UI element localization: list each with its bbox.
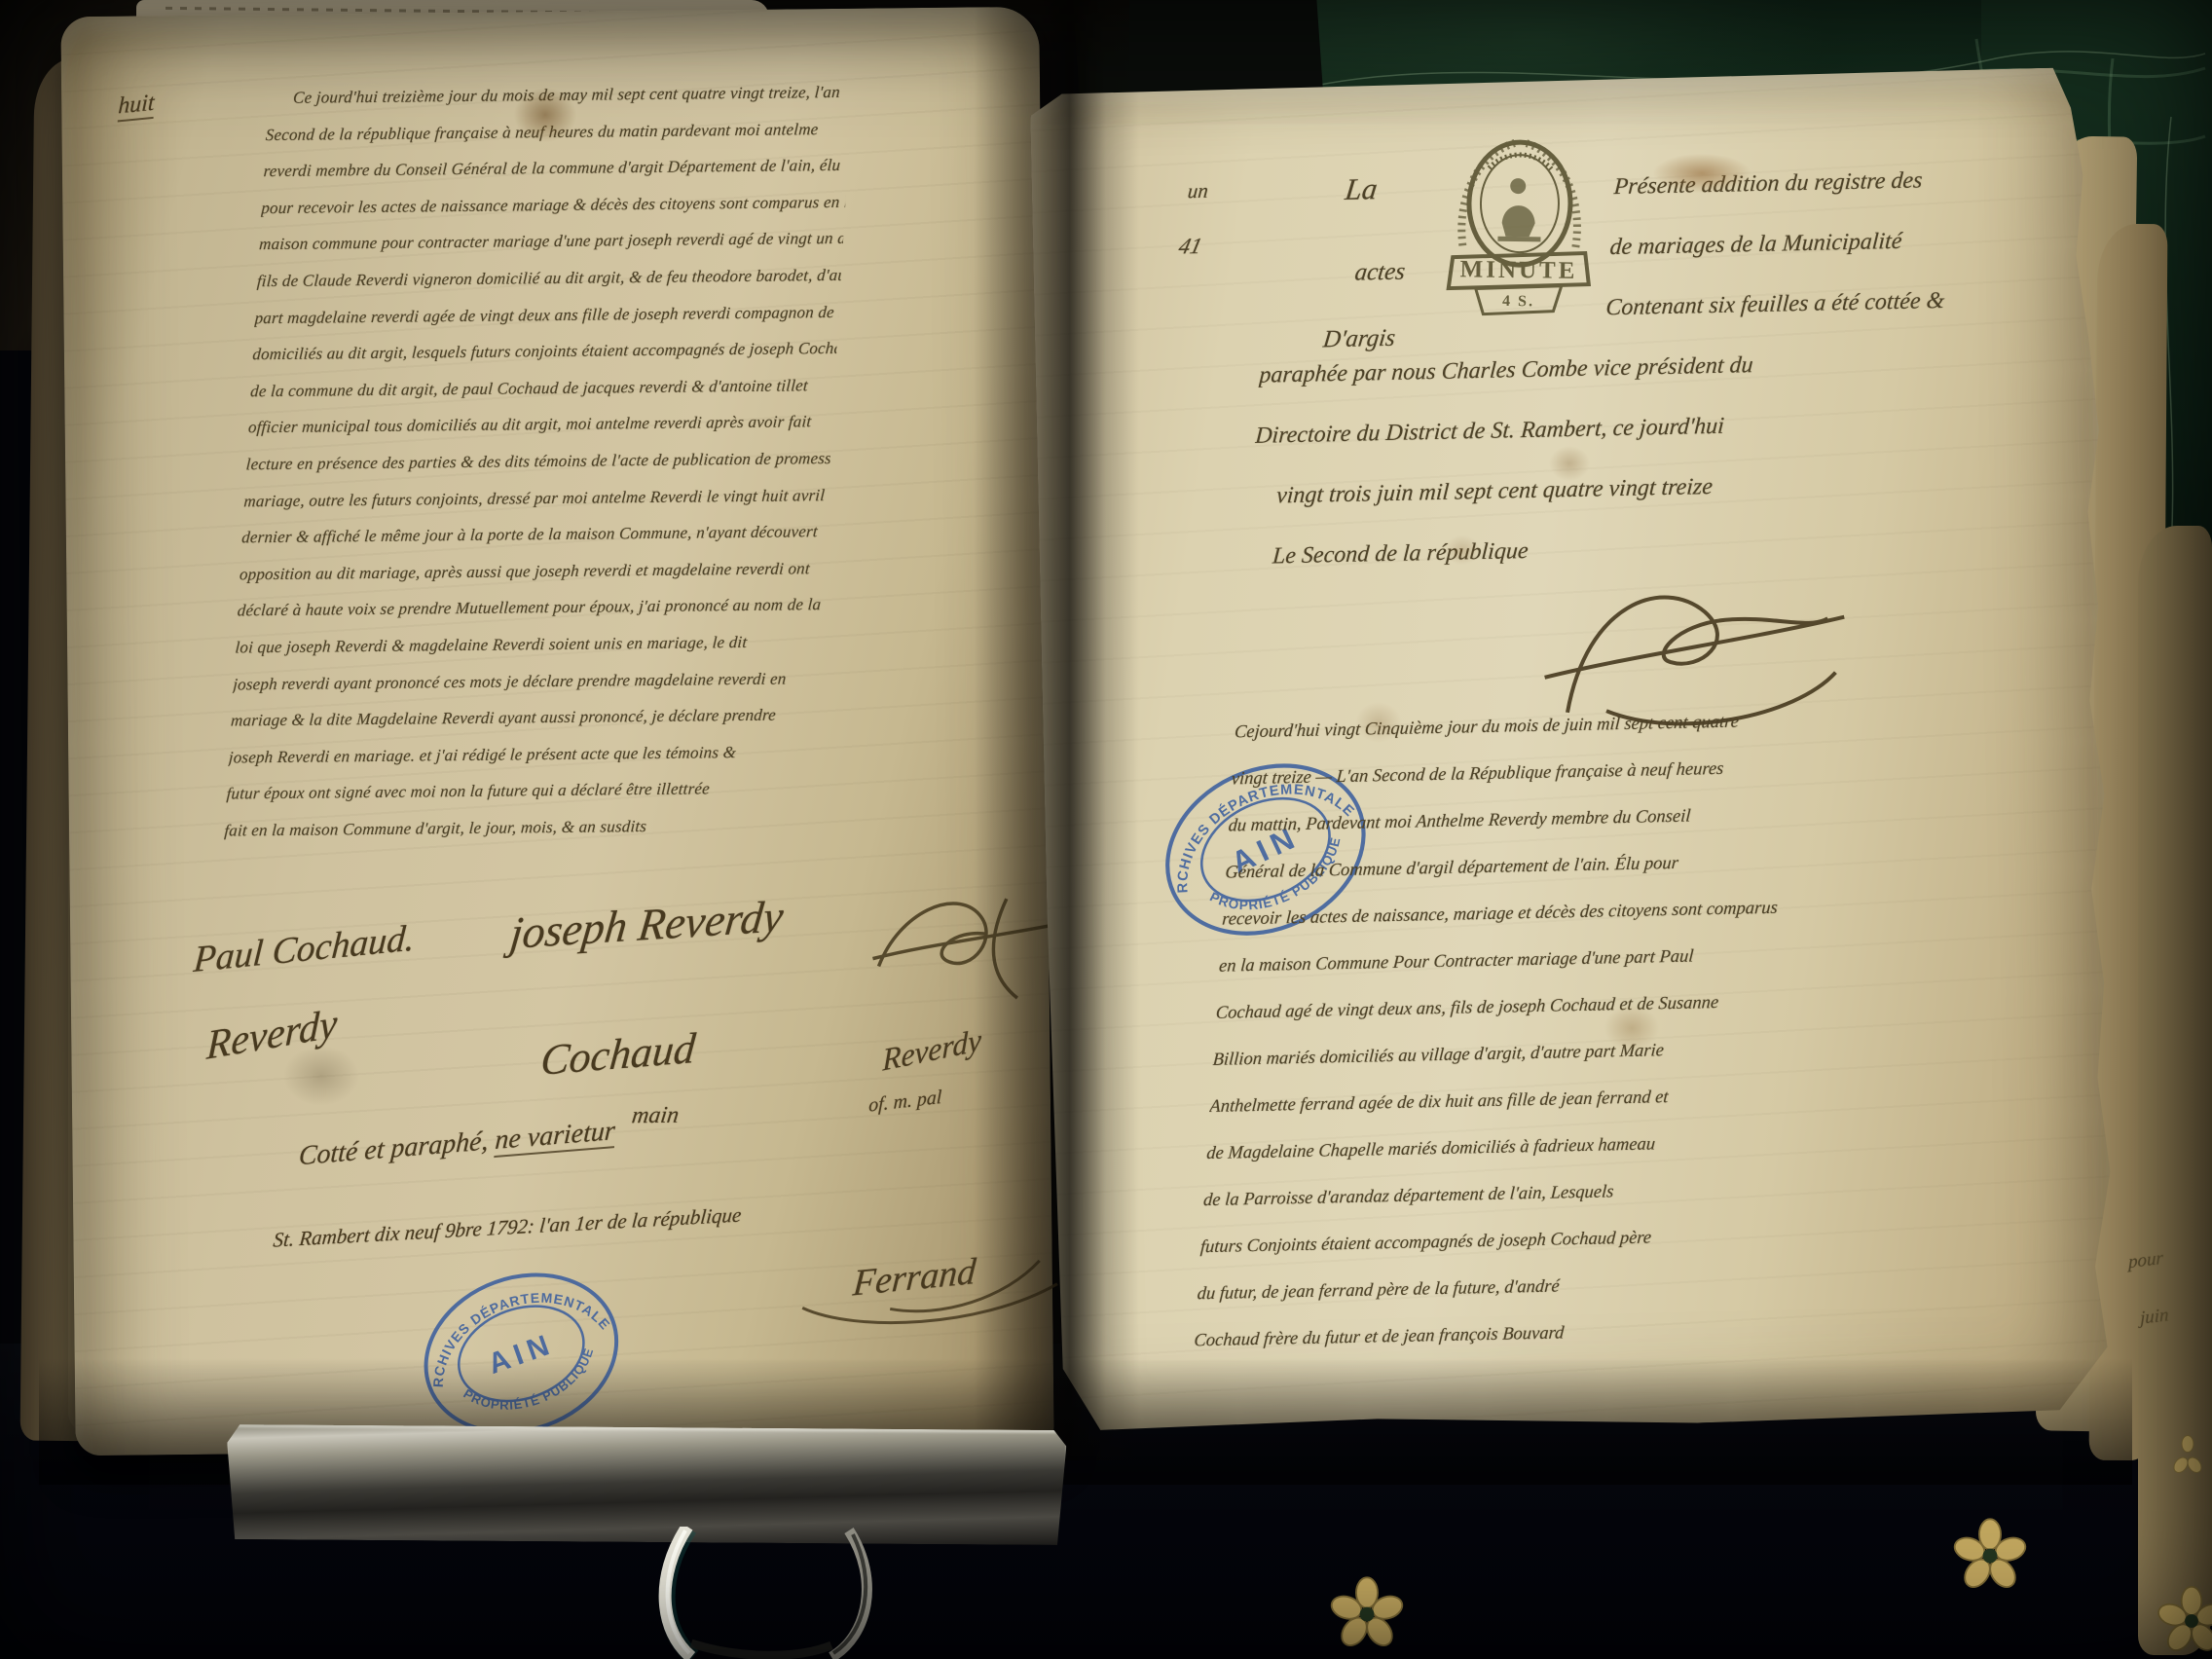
manuscript-line: domiciliés au dit argit, lesquels futurs… xyxy=(251,339,837,382)
manuscript-line: futur époux ont signé avec moi non la fu… xyxy=(225,779,811,822)
manuscript-line: opposition au dit mariage, après aussi q… xyxy=(238,559,824,602)
minute-fiscal-stamp: MINUTE 4 S. xyxy=(1444,129,1595,321)
left-page: huit Ce jourd'hui treizième jour du mois… xyxy=(60,7,1053,1456)
manuscript-line: maison commune pour contracter mariage d… xyxy=(258,229,844,272)
signature-paul-cochaud: Paul Cochaud. xyxy=(192,916,416,981)
gold-flower xyxy=(2150,1579,2212,1659)
certification-ne-varietur: ne varietur xyxy=(494,1116,615,1158)
right-page-act-text: Cejourd'hui vingt Cinquième jour du mois… xyxy=(1192,704,2117,1378)
gutter-shadow xyxy=(974,0,1139,1460)
right-page: un 41 La actes D'argis Présente addition… xyxy=(1030,67,2124,1437)
right-page-stack-edge xyxy=(2138,526,2212,1655)
manuscript-line: déclaré à haute voix se prendre Mutuelle… xyxy=(236,595,822,638)
manuscript-line: lecture en présence des parties & des di… xyxy=(244,449,830,492)
manuscript-line: pour recevoir les actes de naissance mar… xyxy=(260,193,846,236)
manuscript-line: reverdi membre du Conseil Général de la … xyxy=(262,156,848,199)
edge-word-pour: pour xyxy=(2128,1248,2163,1273)
manuscript-line: Présente addition du registre des xyxy=(1610,164,2128,235)
signature-joseph-reverdy: joseph Reverdy xyxy=(507,890,786,959)
edge-word-juin: juin xyxy=(2140,1305,2169,1330)
certification-date: St. Rambert dix neuf 9bre 1792: l'an 1er… xyxy=(273,1202,743,1252)
entry-number: huit xyxy=(118,91,155,123)
gold-flower xyxy=(1322,1569,1412,1659)
signature-cochaud: Cochaud xyxy=(538,1023,697,1086)
manuscript-line: joseph Reverdi en mariage. et j'ai rédig… xyxy=(227,742,813,785)
left-page-act-text: Ce jourd'hui treizième jour du mois de m… xyxy=(223,83,853,858)
manuscript-line: officier municipal tous domiciliés au di… xyxy=(246,412,832,455)
minute-value: 4 S. xyxy=(1502,293,1534,310)
manuscript-line: Ce jourd'hui treizième jour du mois de m… xyxy=(266,83,852,126)
manuscript-line: part magdelaine reverdi agée de vingt de… xyxy=(253,303,839,346)
margin-note-un: un xyxy=(1187,179,1209,203)
signature-reverdy-officier: Reverdy xyxy=(882,1021,981,1079)
manuscript-line: mariage, outre les futurs conjoints, dre… xyxy=(242,486,829,529)
signature-reverdy-officier-title: of. m. pal xyxy=(868,1087,942,1118)
signature-reverdy: Reverdy xyxy=(205,1000,338,1070)
manuscript-line: de la commune du dit argit, de paul Coch… xyxy=(249,376,835,419)
margin-note-41: 41 xyxy=(1176,234,1204,260)
gold-flower xyxy=(1945,1511,2035,1601)
manuscript-line: fils de Claude Reverdi vigneron domicili… xyxy=(255,266,841,309)
certification-text: Cotté et paraphé, xyxy=(298,1125,496,1171)
manuscript-line: mariage & la dite Magdelaine Reverdi aya… xyxy=(229,705,815,748)
manuscript-line: loi que joseph Reverdi & magdelaine Reve… xyxy=(234,632,820,675)
certification-note: Cotté et paraphé, ne varietur xyxy=(298,1116,616,1172)
photo-of-open-register: Vingt huit Ce jourd'hui treizième jour d… xyxy=(0,0,2212,1659)
signature-cochaud-sub: main xyxy=(630,1103,681,1130)
manuscript-line: joseph reverdi ayant prononcé ces mots j… xyxy=(232,669,818,712)
binder-clip-handle xyxy=(584,1527,935,1659)
right-page-header-text: Présente addition du registre desde mari… xyxy=(1244,164,2129,605)
minute-label: MINUTE xyxy=(1459,256,1577,284)
manuscript-line: de mariages de la Municipalité xyxy=(1606,224,2124,295)
manuscript-line: fait en la maison Commune d'argit, le jo… xyxy=(223,815,809,858)
manuscript-line: Contenant six feuilles a été cottée & xyxy=(1603,284,2120,355)
manuscript-line: Second de la république française à neuf… xyxy=(264,119,850,162)
manuscript-line: dernier & affiché le même jour à la port… xyxy=(240,522,827,565)
gold-flower-partial xyxy=(2163,1431,2212,1480)
